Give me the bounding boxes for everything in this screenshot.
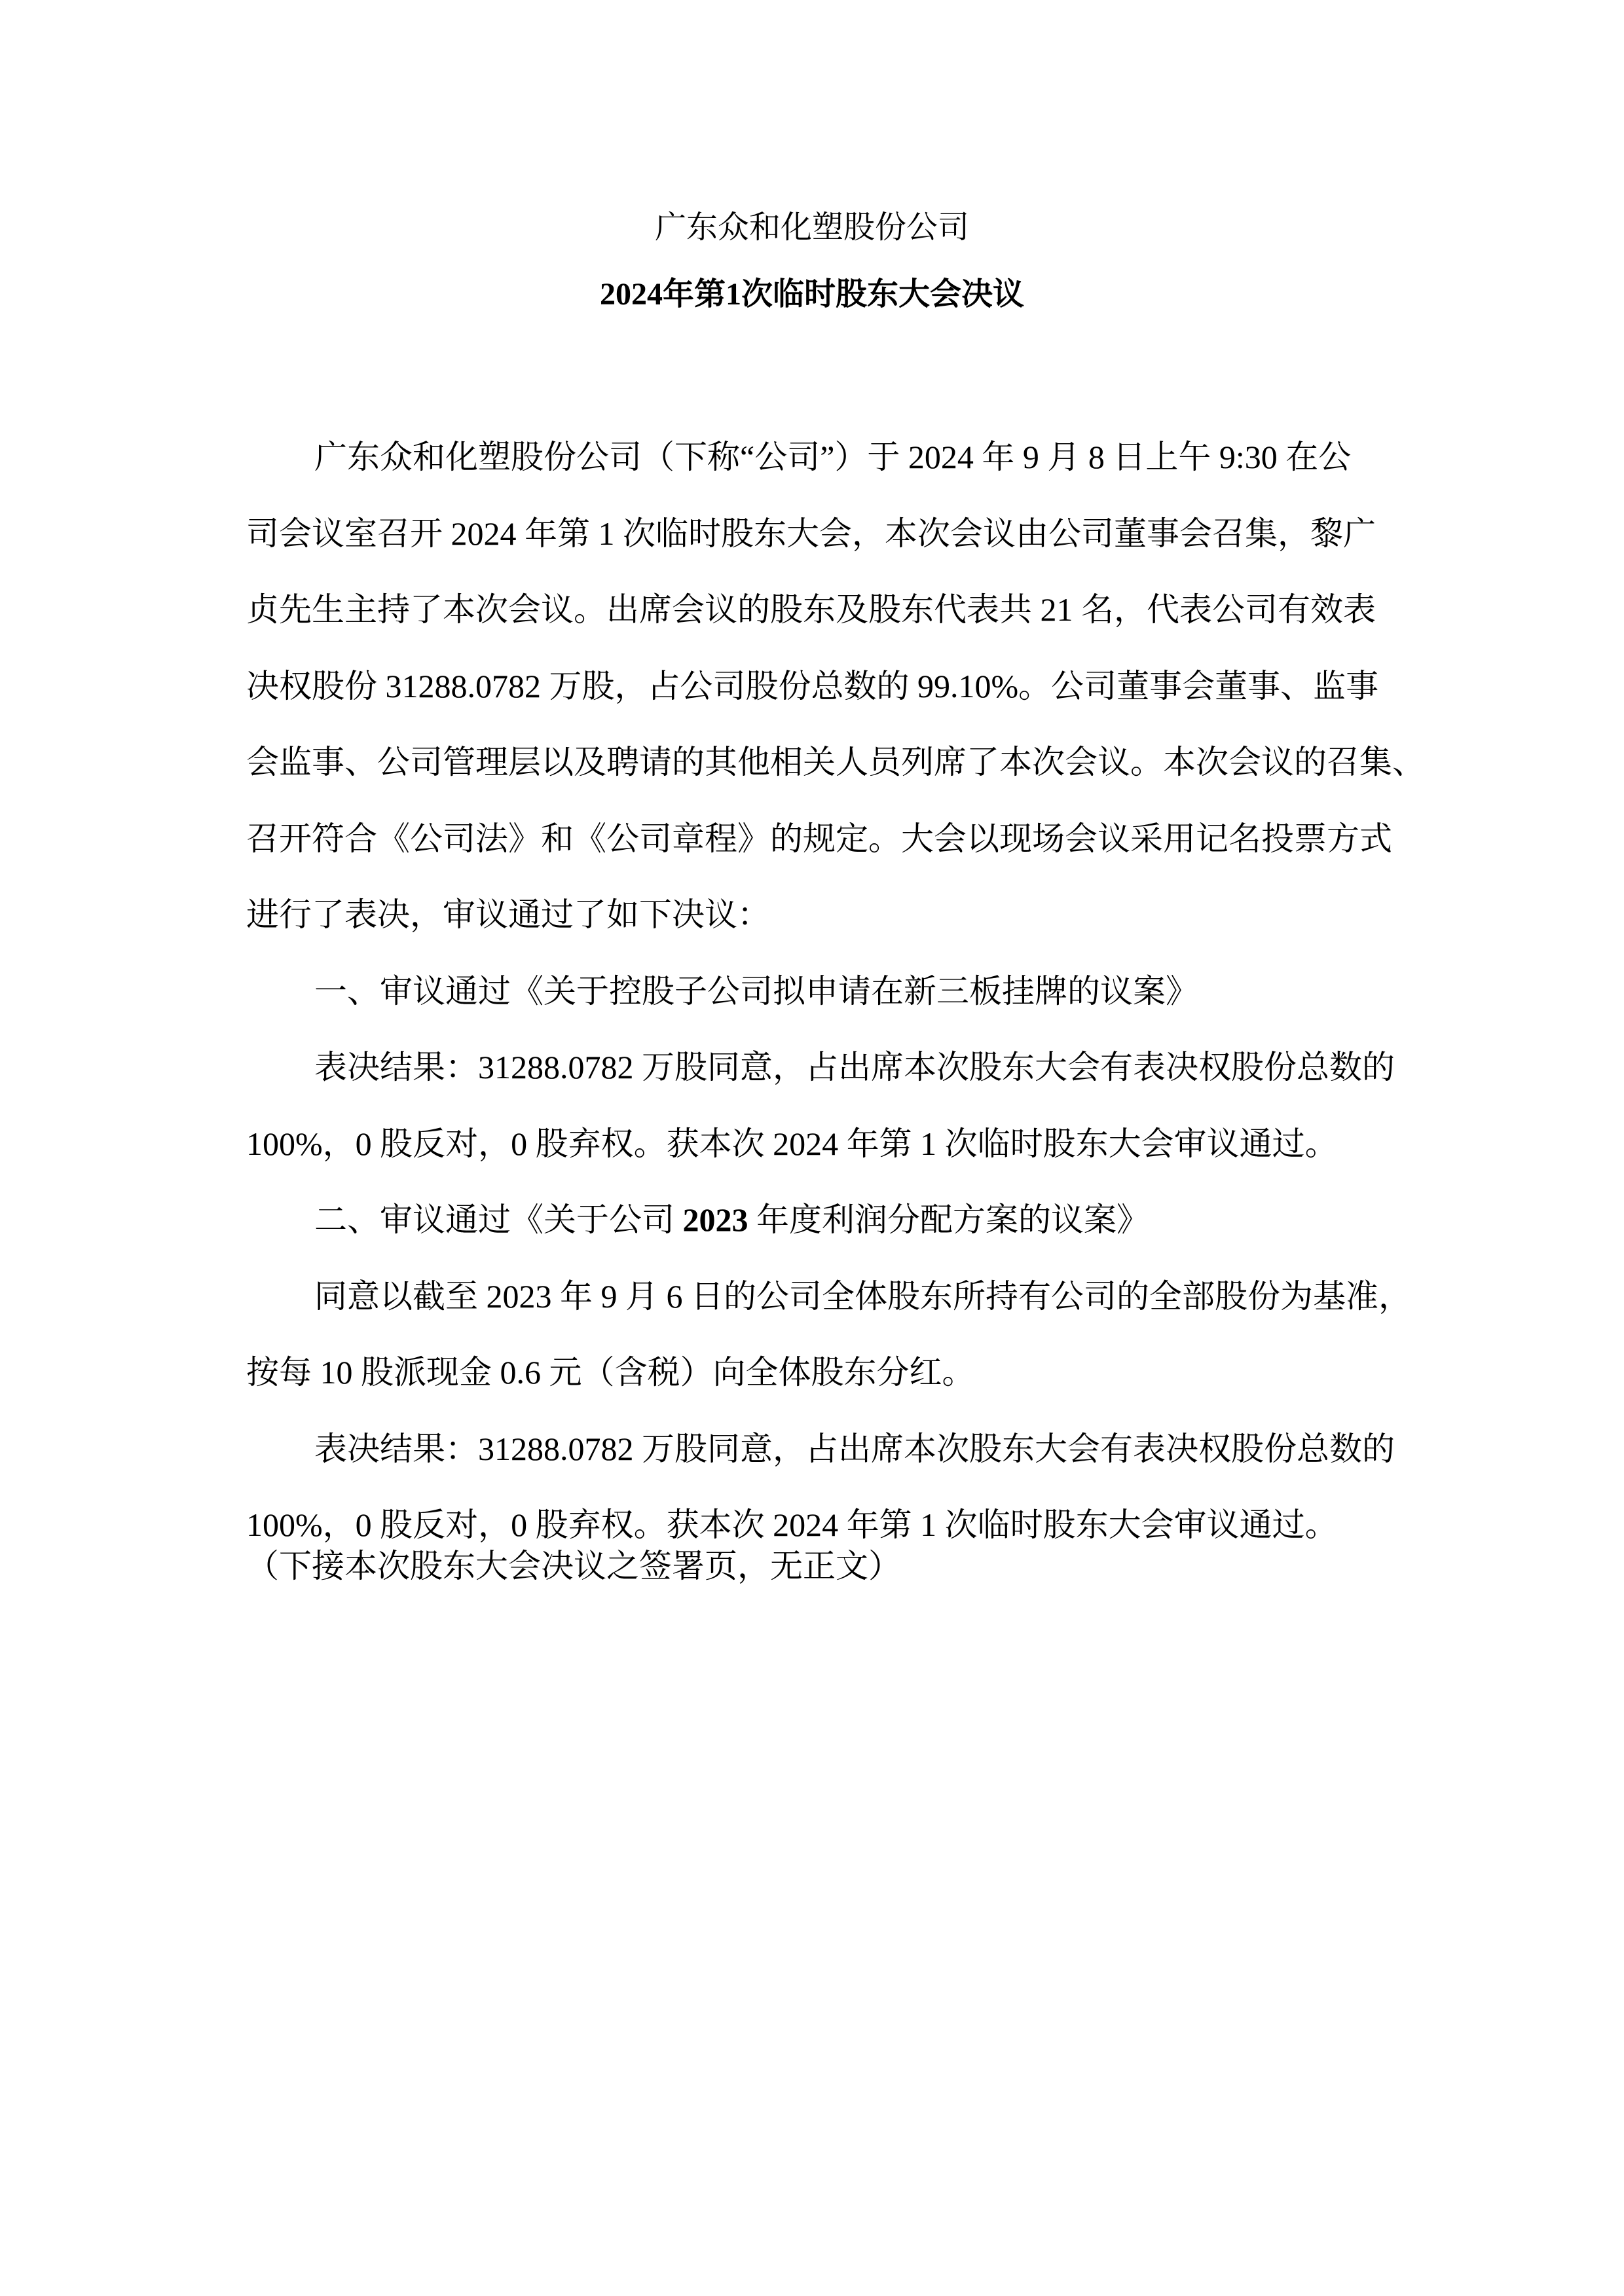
resolution2-result-line: 表决结果：31288.0782 万股同意，占出席本次股东大会有表决权股份总数的 — [246, 1411, 1379, 1487]
resolution2-content-line: 按每 10 股派现金 0.6 元（含税）向全体股东分红。 — [246, 1334, 1379, 1411]
intro-line: 召开符合《公司法》和《公司章程》的规定。大会以现场会议采用记名投票方式 — [246, 801, 1379, 877]
signature-page-note: （下接本次股东大会决议之签署页，无正文） — [246, 1546, 901, 1586]
company-title: 广东众和化塑股份公司 — [0, 208, 1624, 247]
intro-line: 会监事、公司管理层以及聘请的其他相关人员列席了本次会议。本次会议的召集、 — [246, 724, 1379, 801]
resolution2-heading-post: 年度利润分配方案的议案》 — [748, 1201, 1150, 1238]
document-page: 广东众和化塑股份公司 2024年第1次临时股东大会决议 广东众和化塑股份公司（下… — [0, 0, 1624, 2296]
resolution1-result-line: 表决结果：31288.0782 万股同意，占出席本次股东大会有表决权股份总数的 — [246, 1029, 1379, 1106]
resolution1-heading: 一、审议通过《关于控股子公司拟申请在新三板挂牌的议案》 — [246, 953, 1379, 1030]
intro-line: 进行了表决，审议通过了如下决议： — [246, 877, 1379, 953]
resolution2-heading: 二、审议通过《关于公司 2023 年度利润分配方案的议案》 — [246, 1182, 1379, 1258]
resolution2-heading-pre: 二、审议通过《关于公司 — [314, 1201, 683, 1238]
intro-line: 司会议室召开 2024 年第 1 次临时股东大会，本次会议由公司董事会召集，黎广 — [246, 496, 1379, 572]
resolution1-result-line: 100%，0 股反对，0 股弃权。获本次 2024 年第 1 次临时股东大会审议… — [246, 1106, 1379, 1182]
intro-line: 决权股份 31288.0782 万股，占公司股份总数的 99.10%。公司董事会… — [246, 648, 1379, 725]
resolution2-heading-year: 2023 — [683, 1201, 748, 1238]
resolution-title: 2024年第1次临时股东大会决议 — [0, 275, 1624, 314]
document-body: 广东众和化塑股份公司（下称“公司”）于 2024 年 9 月 8 日上午 9:3… — [246, 419, 1379, 1563]
intro-line: 贞先生主持了本次会议。出席会议的股东及股东代表共 21 名，代表公司有效表 — [246, 572, 1379, 648]
resolution2-content-line: 同意以截至 2023 年 9 月 6 日的公司全体股东所持有公司的全部股份为基准… — [246, 1258, 1379, 1335]
intro-line: 广东众和化塑股份公司（下称“公司”）于 2024 年 9 月 8 日上午 9:3… — [246, 419, 1379, 496]
